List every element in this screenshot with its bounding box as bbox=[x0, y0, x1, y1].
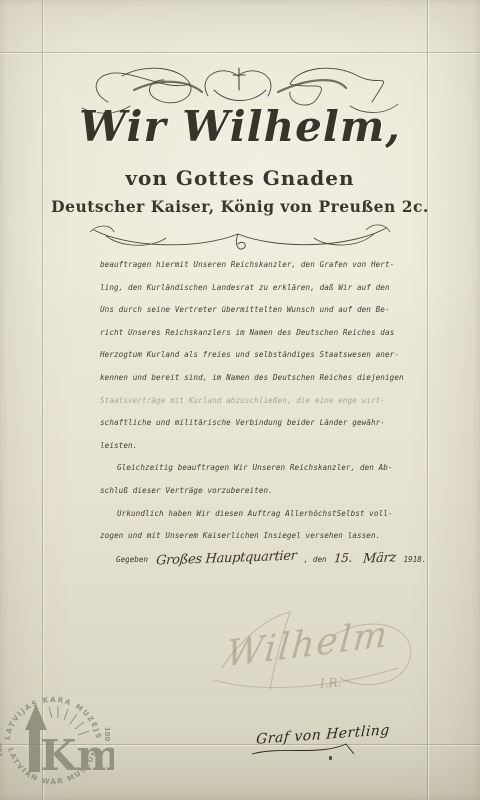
typewritten-line: ling, den Kurländischen Landesrat zu erk… bbox=[100, 277, 396, 300]
typewritten-line: Gleichzeitig beauftragen Wir Unseren Rei… bbox=[100, 457, 396, 480]
watermark-monogram: Km bbox=[40, 731, 114, 780]
typewritten-line: Urkundlich haben Wir diesen Auftrag Alle… bbox=[100, 503, 396, 526]
handwritten-day: 15. bbox=[333, 546, 353, 571]
typewritten-body: beauftragen hiermit Unseren Reichskanzle… bbox=[100, 254, 396, 548]
handwritten-place: Großes Hauptquartier bbox=[155, 545, 297, 574]
horizontal-fold-line bbox=[0, 52, 480, 53]
document-subtitle-gottes-gnaden: von Gottes Gnaden bbox=[0, 166, 480, 190]
typewritten-line: richt Unseres Reichskanzlers im Namen de… bbox=[100, 322, 396, 345]
calligraphic-flourish-bottom bbox=[88, 222, 392, 258]
dateline-label: Gegeben bbox=[116, 555, 148, 564]
typewritten-line: Herzogtum Kurland als freies und selbstä… bbox=[100, 344, 396, 367]
typewritten-line: schaftliche und militärische Verbindung … bbox=[100, 412, 396, 435]
document-photo: Wir Wilhelm, von Gottes Gnaden Deutscher… bbox=[0, 0, 480, 800]
museum-watermark: LATVIJAS KARA MUZEJS LATVIAN WAR MUSEUM … bbox=[0, 682, 114, 800]
typewritten-line: kennen und bereit sind, im Namen des Deu… bbox=[100, 367, 396, 390]
typewritten-line: leisten. bbox=[100, 435, 396, 458]
handwritten-month: März bbox=[362, 546, 397, 571]
document-subtitle-kaiser-titles: Deutscher Kaiser, König von Preußen 2c. bbox=[0, 197, 480, 216]
dateline: Gegeben Großes Hauptquartier , den 15. M… bbox=[116, 546, 416, 572]
typewritten-line: zogen und mit Unserem Kaiserlichen Insie… bbox=[100, 525, 396, 548]
document-title: Wir Wilhelm, bbox=[0, 102, 480, 151]
typewritten-line: schluß dieser Verträge vorzubereiten. bbox=[100, 480, 396, 503]
watermark-100-left: 100 bbox=[0, 743, 4, 758]
typewritten-line: beauftragen hiermit Unseren Reichskanzle… bbox=[100, 254, 396, 277]
typewritten-line: Staatsverträge mit Kurland abzuschließen… bbox=[100, 390, 396, 413]
kaiser-signature-ir: I.R. bbox=[320, 675, 342, 690]
dateline-year: 1918. bbox=[403, 555, 426, 564]
chancellor-signature-flourish bbox=[250, 742, 360, 762]
kaiser-signature: Wilhelm I.R. bbox=[212, 606, 432, 706]
dateline-den: , den bbox=[304, 555, 327, 564]
typewritten-line: Uns durch seine Vertreter übermittelten … bbox=[100, 299, 396, 322]
